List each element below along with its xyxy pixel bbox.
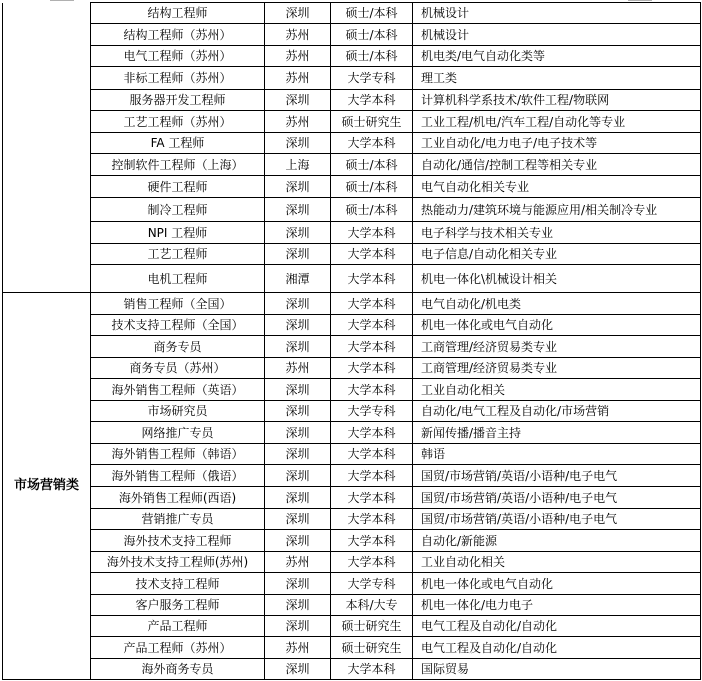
table-row: 电气工程师（苏州）苏州硕士/本科机电类/电气自动化类等: [3, 46, 701, 67]
position-cell: 营销推广专员: [91, 509, 265, 530]
degree-cell: 大学本科: [331, 659, 413, 680]
degree-cell: 大学本科: [331, 336, 413, 358]
city-cell: 深圳: [265, 244, 331, 265]
major-cell: 国贸/市场营销/英语/小语种/电子电气: [413, 509, 701, 530]
degree-cell: 硕士/本科: [331, 198, 413, 222]
city-cell: 深圳: [265, 90, 331, 111]
major-cell: 电气工程及自动化/自动化: [413, 616, 701, 637]
page-edge-mark-right: [628, 0, 652, 1]
position-cell: 结构工程师（苏州）: [91, 24, 265, 46]
major-cell: 机电一体化\机械设计相关: [413, 265, 701, 293]
major-cell: 计算机科学系技术/软件工程/物联网: [413, 90, 701, 111]
major-cell: 热能动力/建筑环境与能源应用/相关制冷专业: [413, 198, 701, 222]
major-cell: 机械设计: [413, 3, 701, 24]
degree-cell: 大学专科: [331, 67, 413, 90]
city-cell: 苏州: [265, 552, 331, 573]
major-cell: 工业工程/机电/汽车工程/自动化等专业: [413, 111, 701, 133]
major-cell: 机电一体化或电气自动化: [413, 315, 701, 336]
city-cell: 苏州: [265, 67, 331, 90]
major-cell: 电气工程及自动化/自动化: [413, 637, 701, 659]
city-cell: 深圳: [265, 422, 331, 444]
table-row: 海外销售工程师（韩语）深圳大学本科韩语: [3, 444, 701, 465]
position-cell: 电机工程师: [91, 265, 265, 293]
position-cell: 技术支持工程师: [91, 573, 265, 595]
position-cell: 服务器开发工程师: [91, 90, 265, 111]
table-row: 市场研究员深圳大学专科自动化/电气工程及自动化/市场营销: [3, 401, 701, 422]
city-cell: 深圳: [265, 509, 331, 530]
position-cell: 结构工程师: [91, 3, 265, 24]
degree-cell: 大学本科: [331, 358, 413, 379]
table-row: 海外销售工程师(西语)深圳大学本科国贸/市场营销/英语/小语种/电子电气: [3, 487, 701, 509]
city-cell: 苏州: [265, 111, 331, 133]
city-cell: 苏州: [265, 24, 331, 46]
degree-cell: 大学本科: [331, 222, 413, 244]
city-cell: 上海: [265, 154, 331, 176]
position-cell: 客户服务工程师: [91, 595, 265, 616]
degree-cell: 大学本科: [331, 244, 413, 265]
position-cell: FA 工程师: [91, 133, 265, 154]
table-row: 结构工程师深圳硕士/本科机械设计: [3, 3, 701, 24]
city-cell: 深圳: [265, 336, 331, 358]
table-row: FA 工程师深圳大学本科工业自动化/电力电子/电子技术等: [3, 133, 701, 154]
position-cell: 产品工程师: [91, 616, 265, 637]
degree-cell: 硕士/本科: [331, 3, 413, 24]
degree-cell: 大学本科: [331, 444, 413, 465]
table-row: 电机工程师湘潭大学本科机电一体化\机械设计相关: [3, 265, 701, 293]
table-row: 制冷工程师深圳硕士/本科热能动力/建筑环境与能源应用/相关制冷专业: [3, 198, 701, 222]
table-row: 海外商务专员深圳大学本科国际贸易: [3, 659, 701, 680]
major-cell: 自动化/新能源: [413, 530, 701, 552]
city-cell: 深圳: [265, 198, 331, 222]
degree-cell: 大学本科: [331, 530, 413, 552]
major-cell: 工业自动化相关: [413, 552, 701, 573]
city-cell: 深圳: [265, 3, 331, 24]
major-cell: 工业自动化/电力电子/电子技术等: [413, 133, 701, 154]
degree-cell: 大学本科: [331, 487, 413, 509]
degree-cell: 大学本科: [331, 315, 413, 336]
position-cell: 非标工程师（苏州）: [91, 67, 265, 90]
table-body: 结构工程师深圳硕士/本科机械设计结构工程师（苏州）苏州硕士/本科机械设计电气工程…: [3, 3, 701, 680]
table-row: 产品工程师（苏州）苏州硕士研究生电气工程及自动化/自动化: [3, 637, 701, 659]
degree-cell: 大学本科: [331, 379, 413, 401]
table-row: 产品工程师深圳硕士研究生电气工程及自动化/自动化: [3, 616, 701, 637]
city-cell: 深圳: [265, 487, 331, 509]
position-cell: 电气工程师（苏州）: [91, 46, 265, 67]
degree-cell: 大学本科: [331, 422, 413, 444]
position-cell: 海外销售工程师（英语）: [91, 379, 265, 401]
degree-cell: 硕士研究生: [331, 616, 413, 637]
table-row: 营销推广专员深圳大学本科国贸/市场营销/英语/小语种/电子电气: [3, 509, 701, 530]
table-row: 市场营销类销售工程师（全国）深圳大学本科电气自动化/机电类: [3, 293, 701, 315]
table-row: 商务专员（苏州）苏州大学本科工商管理/经济贸易类专业: [3, 358, 701, 379]
position-cell: 销售工程师（全国）: [91, 293, 265, 315]
degree-cell: 大学本科: [331, 552, 413, 573]
major-cell: 韩语: [413, 444, 701, 465]
position-cell: 硬件工程师: [91, 176, 265, 198]
table-row: 工艺工程师深圳大学本科电子信息/自动化相关专业: [3, 244, 701, 265]
major-cell: 国际贸易: [413, 659, 701, 680]
job-positions-table: 结构工程师深圳硕士/本科机械设计结构工程师（苏州）苏州硕士/本科机械设计电气工程…: [2, 2, 701, 680]
major-cell: 电子科学与技术相关专业: [413, 222, 701, 244]
degree-cell: 硕士/本科: [331, 46, 413, 67]
city-cell: 深圳: [265, 293, 331, 315]
position-cell: 商务专员（苏州）: [91, 358, 265, 379]
position-cell: 海外商务专员: [91, 659, 265, 680]
city-cell: 深圳: [265, 616, 331, 637]
major-cell: 机电一体化或电气自动化: [413, 573, 701, 595]
city-cell: 苏州: [265, 637, 331, 659]
major-cell: 机电类/电气自动化类等: [413, 46, 701, 67]
degree-cell: 大学专科: [331, 573, 413, 595]
major-cell: 自动化/通信/控制工程等相关专业: [413, 154, 701, 176]
degree-cell: 大学专科: [331, 401, 413, 422]
major-cell: 工商管理/经济贸易类专业: [413, 336, 701, 358]
table-row: 服务器开发工程师深圳大学本科计算机科学系技术/软件工程/物联网: [3, 90, 701, 111]
table-row: 商务专员深圳大学本科工商管理/经济贸易类专业: [3, 336, 701, 358]
table-row: 控制软件工程师（上海）上海硕士/本科自动化/通信/控制工程等相关专业: [3, 154, 701, 176]
major-cell: 工业自动化相关: [413, 379, 701, 401]
city-cell: 深圳: [265, 401, 331, 422]
major-cell: 国贸/市场营销/英语/小语种/电子电气: [413, 465, 701, 487]
table-row: 海外销售工程师（英语）深圳大学本科工业自动化相关: [3, 379, 701, 401]
table-row: 工艺工程师（苏州）苏州硕士研究生工业工程/机电/汽车工程/自动化等专业: [3, 111, 701, 133]
major-cell: 电气自动化/机电类: [413, 293, 701, 315]
degree-cell: 硕士/本科: [331, 154, 413, 176]
table-row: 技术支持工程师深圳大学专科机电一体化或电气自动化: [3, 573, 701, 595]
position-cell: 制冷工程师: [91, 198, 265, 222]
table-row: 海外销售工程师（俄语）深圳大学本科国贸/市场营销/英语/小语种/电子电气: [3, 465, 701, 487]
degree-cell: 大学本科: [331, 465, 413, 487]
city-cell: 苏州: [265, 358, 331, 379]
position-cell: 控制软件工程师（上海）: [91, 154, 265, 176]
degree-cell: 大学本科: [331, 90, 413, 111]
major-cell: 新闻传播/播音主持: [413, 422, 701, 444]
major-cell: 电气自动化相关专业: [413, 176, 701, 198]
degree-cell: 大学本科: [331, 509, 413, 530]
category-cell: 市场营销类: [3, 293, 91, 680]
city-cell: 深圳: [265, 222, 331, 244]
table-row: 客户服务工程师深圳本科/大专机电一体化/电力电子: [3, 595, 701, 616]
position-cell: 海外销售工程师（俄语）: [91, 465, 265, 487]
position-cell: 市场研究员: [91, 401, 265, 422]
position-cell: 海外技术支持工程师: [91, 530, 265, 552]
major-cell: 工商管理/经济贸易类专业: [413, 358, 701, 379]
city-cell: 深圳: [265, 595, 331, 616]
degree-cell: 硕士/本科: [331, 24, 413, 46]
table-row: 硬件工程师深圳硕士/本科电气自动化相关专业: [3, 176, 701, 198]
position-cell: 海外销售工程师（韩语）: [91, 444, 265, 465]
major-cell: 自动化/电气工程及自动化/市场营销: [413, 401, 701, 422]
table-row: 结构工程师（苏州）苏州硕士/本科机械设计: [3, 24, 701, 46]
table-row: 技术支持工程师（全国）深圳大学本科机电一体化或电气自动化: [3, 315, 701, 336]
degree-cell: 硕士研究生: [331, 637, 413, 659]
degree-cell: 硕士/本科: [331, 176, 413, 198]
category-cell: [3, 3, 91, 293]
degree-cell: 硕士研究生: [331, 111, 413, 133]
city-cell: 深圳: [265, 379, 331, 401]
major-cell: 国贸/市场营销/英语/小语种/电子电气: [413, 487, 701, 509]
table-row: 非标工程师（苏州）苏州大学专科理工类: [3, 67, 701, 90]
table-row: 海外技术支持工程师深圳大学本科自动化/新能源: [3, 530, 701, 552]
degree-cell: 大学本科: [331, 293, 413, 315]
position-cell: 海外销售工程师(西语): [91, 487, 265, 509]
position-cell: 技术支持工程师（全国）: [91, 315, 265, 336]
position-cell: 商务专员: [91, 336, 265, 358]
position-cell: NPI 工程师: [91, 222, 265, 244]
city-cell: 深圳: [265, 465, 331, 487]
position-cell: 产品工程师（苏州）: [91, 637, 265, 659]
position-cell: 海外技术支持工程师(苏州): [91, 552, 265, 573]
city-cell: 深圳: [265, 176, 331, 198]
city-cell: 深圳: [265, 444, 331, 465]
major-cell: 机械设计: [413, 24, 701, 46]
major-cell: 电子信息/自动化相关专业: [413, 244, 701, 265]
city-cell: 深圳: [265, 133, 331, 154]
city-cell: 湘潭: [265, 265, 331, 293]
degree-cell: 大学本科: [331, 133, 413, 154]
position-cell: 工艺工程师（苏州）: [91, 111, 265, 133]
table-row: 网络推广专员深圳大学本科新闻传播/播音主持: [3, 422, 701, 444]
major-cell: 理工类: [413, 67, 701, 90]
major-cell: 机电一体化/电力电子: [413, 595, 701, 616]
city-cell: 深圳: [265, 530, 331, 552]
position-cell: 网络推广专员: [91, 422, 265, 444]
page-edge-mark-left: [50, 0, 74, 1]
city-cell: 深圳: [265, 315, 331, 336]
degree-cell: 本科/大专: [331, 595, 413, 616]
city-cell: 深圳: [265, 573, 331, 595]
table-row: NPI 工程师深圳大学本科电子科学与技术相关专业: [3, 222, 701, 244]
degree-cell: 大学本科: [331, 265, 413, 293]
position-cell: 工艺工程师: [91, 244, 265, 265]
city-cell: 深圳: [265, 659, 331, 680]
table-row: 海外技术支持工程师(苏州)苏州大学本科工业自动化相关: [3, 552, 701, 573]
city-cell: 苏州: [265, 46, 331, 67]
